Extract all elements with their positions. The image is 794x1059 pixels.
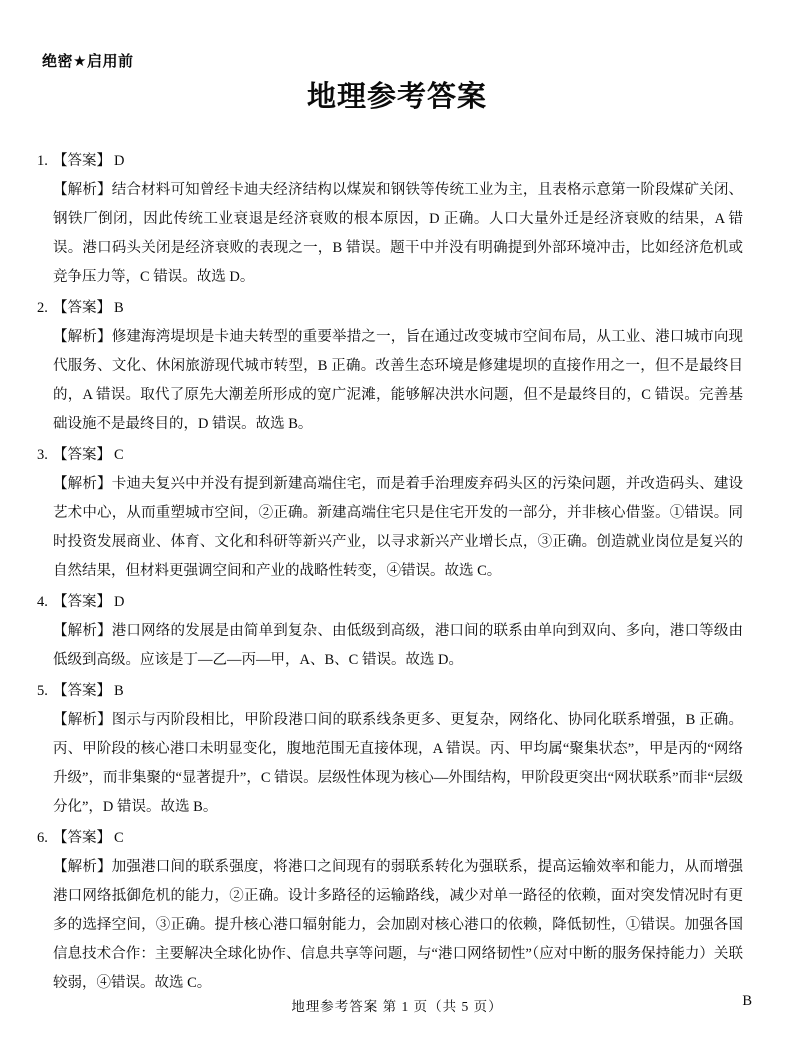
analysis-label: 【解析】 — [53, 329, 112, 345]
answer-value: B — [114, 683, 124, 699]
analysis-label: 【解析】 — [53, 712, 112, 728]
item-number: 1. — [37, 147, 53, 176]
answer-value: C — [114, 830, 124, 846]
answer-label: 【答案】 — [53, 830, 111, 846]
analysis-text: 修建海湾堤坝是卡迪夫转型的重要举措之一，旨在通过改变城市空间布局，从工业、港口城… — [53, 329, 743, 432]
analysis-text: 加强港口间的联系强度，将港口之间现有的弱联系转化为强联系，提高运输效率和能力，从… — [53, 859, 743, 991]
answer-item-5: 5.【答案】B 【解析】图示与丙阶段相比，甲阶段港口间的联系线条更多、更复杂，网… — [37, 677, 743, 822]
answer-label: 【答案】 — [53, 683, 111, 699]
answer-line: 5.【答案】B — [37, 677, 743, 706]
answer-item-3: 3.【答案】C 【解析】卡迪夫复兴中并没有提到新建高端住宅，而是着手治理废弃码头… — [37, 441, 743, 586]
analysis-paragraph: 【解析】结合材料可知曾经卡迪夫经济结构以煤炭和钢铁等传统工业为主，且表格示意第一… — [37, 176, 743, 292]
answer-item-1: 1.【答案】D 【解析】结合材料可知曾经卡迪夫经济结构以煤炭和钢铁等传统工业为主… — [37, 147, 743, 292]
answer-label: 【答案】 — [53, 447, 111, 463]
answer-line: 4.【答案】D — [37, 588, 743, 617]
analysis-paragraph: 【解析】图示与丙阶段相比，甲阶段港口间的联系线条更多、更复杂，网络化、协同化联系… — [37, 706, 743, 822]
answer-line: 3.【答案】C — [37, 441, 743, 470]
answer-line: 1.【答案】D — [37, 147, 743, 176]
item-number: 2. — [37, 294, 53, 323]
analysis-paragraph: 【解析】港口网络的发展是由简单到复杂、由低级到高级，港口间的联系由单向到双向、多… — [37, 617, 743, 675]
answer-item-6: 6.【答案】C 【解析】加强港口间的联系强度，将港口之间现有的弱联系转化为强联系… — [37, 824, 743, 998]
analysis-label: 【解析】 — [53, 182, 112, 198]
analysis-text: 港口网络的发展是由简单到复杂、由低级到高级，港口间的联系由单向到双向、多向，港口… — [53, 623, 743, 668]
answer-value: C — [114, 447, 124, 463]
answer-label: 【答案】 — [53, 153, 111, 169]
classification-banner: 绝密★启用前 — [42, 50, 133, 71]
answer-label: 【答案】 — [53, 594, 111, 610]
analysis-text: 图示与丙阶段相比，甲阶段港口间的联系线条更多、更复杂，网络化、协同化联系增强，B… — [53, 712, 743, 815]
item-number: 3. — [37, 441, 53, 470]
answer-item-2: 2.【答案】B 【解析】修建海湾堤坝是卡迪夫转型的重要举措之一，旨在通过改变城市… — [37, 294, 743, 439]
item-number: 5. — [37, 677, 53, 706]
footer-page-label: 地理参考答案 第 1 页（共 5 页） — [0, 995, 794, 1015]
item-number: 6. — [37, 824, 53, 853]
analysis-paragraph: 【解析】加强港口间的联系强度，将港口之间现有的弱联系转化为强联系，提高运输效率和… — [37, 853, 743, 998]
analysis-text: 结合材料可知曾经卡迪夫经济结构以煤炭和钢铁等传统工业为主，且表格示意第一阶段煤矿… — [53, 182, 743, 285]
analysis-label: 【解析】 — [53, 623, 112, 639]
answer-value: D — [114, 594, 124, 610]
answer-item-4: 4.【答案】D 【解析】港口网络的发展是由简单到复杂、由低级到高级，港口间的联系… — [37, 588, 743, 675]
answer-value: B — [114, 300, 124, 316]
answer-line: 6.【答案】C — [37, 824, 743, 853]
answer-value: D — [114, 153, 124, 169]
page-title: 地理参考答案 — [0, 74, 794, 115]
answer-line: 2.【答案】B — [37, 294, 743, 323]
analysis-label: 【解析】 — [53, 859, 112, 875]
item-number: 4. — [37, 588, 53, 617]
document-page: 绝密★启用前 地理参考答案 1.【答案】D 【解析】结合材料可知曾经卡迪夫经济结… — [0, 0, 794, 1059]
analysis-paragraph: 【解析】修建海湾堤坝是卡迪夫转型的重要举措之一，旨在通过改变城市空间布局，从工业… — [37, 323, 743, 439]
analysis-text: 卡迪夫复兴中并没有提到新建高端住宅，而是着手治理废弃码头区的污染问题，并改造码头… — [53, 476, 743, 579]
analysis-label: 【解析】 — [53, 476, 112, 492]
answers-list: 1.【答案】D 【解析】结合材料可知曾经卡迪夫经济结构以煤炭和钢铁等传统工业为主… — [37, 147, 743, 1000]
answer-label: 【答案】 — [53, 300, 111, 316]
footer-version-letter: B — [742, 993, 752, 1010]
analysis-paragraph: 【解析】卡迪夫复兴中并没有提到新建高端住宅，而是着手治理废弃码头区的污染问题，并… — [37, 470, 743, 586]
